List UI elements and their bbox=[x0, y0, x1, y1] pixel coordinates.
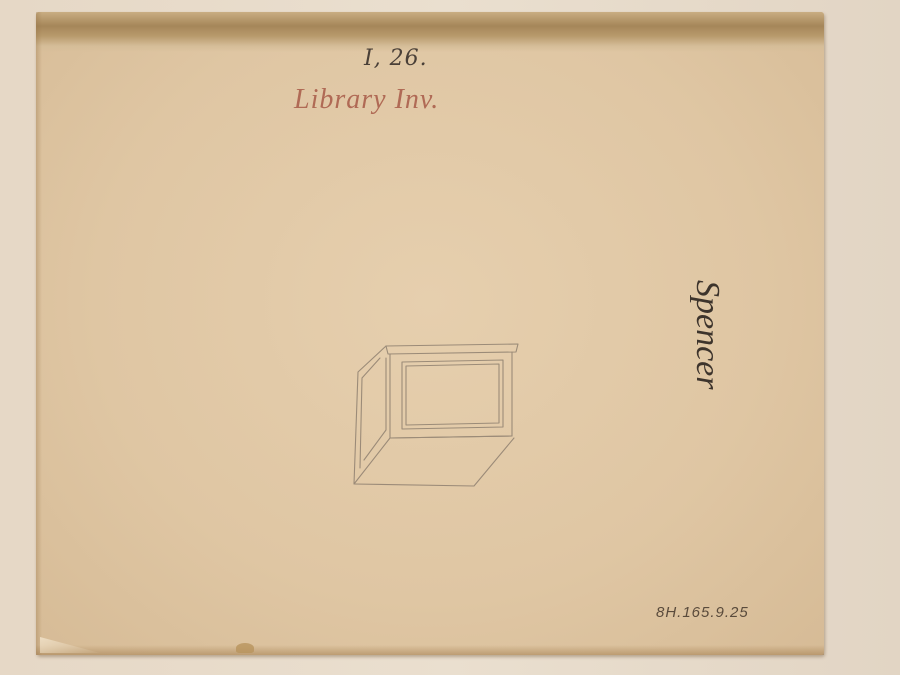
stain-spot bbox=[236, 643, 254, 653]
top-edge-stain bbox=[36, 12, 824, 52]
library-note: Library Inv. bbox=[294, 84, 439, 116]
catalog-number: I, 26. bbox=[364, 46, 428, 71]
box-sketch-icon bbox=[340, 330, 530, 510]
signature: Spencer bbox=[688, 280, 726, 390]
inventory-number: 8H.165.9.25 bbox=[656, 604, 749, 621]
paper-sheet: I, 26. Library Inv. Spencer 8H.165.9.25 bbox=[36, 12, 824, 655]
bottom-edge-shadow bbox=[36, 645, 824, 655]
left-edge-shadow bbox=[36, 12, 42, 655]
